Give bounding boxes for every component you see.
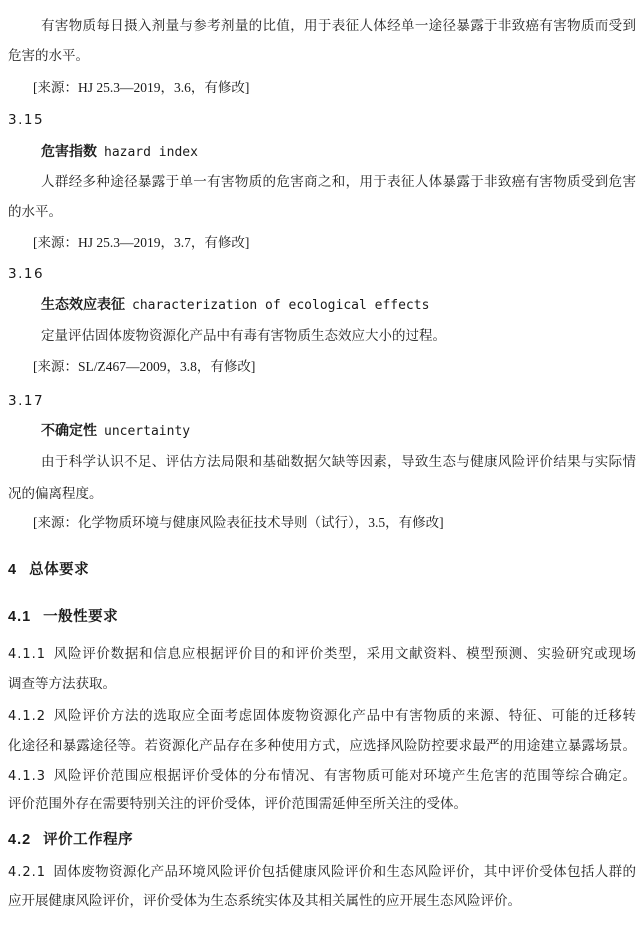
term-heading: 危害指数hazard index [8,141,636,161]
definition-body-line: 人群经多种途径暴露于单一有害物质的危害商之和，用于表征人体暴露于非致癌有害物质受… [8,172,636,192]
document-page: 有害物质每日摄入剂量与参考剂量的比值，用于表征人体经单一途径暴露于非致癌有害物质… [0,0,644,926]
clause-text: 风险评价数据和信息应根据评价目的和评价类型，采用文献资料、模型预测、实验研究或现… [53,646,636,661]
clause-number: 4.1.1 [8,647,46,662]
clause-line: 评价范围外存在需要特别关注的评价受体，评价范围需延伸至所关注的受体。 [8,794,636,814]
definition-body-line: 有害物质每日摄入剂量与参考剂量的比值，用于表征人体经单一途径暴露于非致癌有害物质… [8,16,636,36]
term-english: characterization of ecological effects [132,298,429,313]
definition-body-line: 危害的水平。 [8,46,636,66]
term-chinese: 不确定性 [41,422,97,438]
heading-title: 评价工作程序 [43,832,133,848]
term-english: hazard index [104,145,198,160]
heading-number: 4 [8,562,17,578]
section-heading: 4总体要求 [8,560,636,580]
section-heading: 4.1一般性要求 [8,607,636,627]
clause-line: 调查等方法获取。 [8,674,636,694]
source-reference: [来源：SL/Z467—2009，3.8，有修改] [8,357,636,377]
section-heading: 4.2评价工作程序 [8,830,636,850]
definition-body-line: 定量评估固体废物资源化产品中有毒有害物质生态效应大小的过程。 [8,326,636,346]
source-reference: [来源：HJ 25.3—2019，3.6，有修改] [8,78,636,98]
heading-title: 一般性要求 [43,609,118,625]
clause-number: 3.15 [8,110,636,130]
term-heading: 生态效应表征characterization of ecological eff… [8,294,636,314]
heading-number: 4.2 [8,832,31,848]
definition-body-line: 的水平。 [8,202,636,222]
clause-number: 3.17 [8,391,636,411]
clause-line: 4.1.3风险评价范围应根据评价受体的分布情况、有害物质可能对环境产生危害的范围… [8,766,636,786]
clause-line: 4.1.2风险评价方法的选取应全面考虑固体废物资源化产品中有害物质的来源、特征、… [8,706,636,726]
heading-number: 4.1 [8,609,31,625]
definition-body-line: 由于科学认识不足、评估方法局限和基础数据欠缺等因素，导致生态与健康风险评价结果与… [8,452,636,472]
clause-number: 4.2.1 [8,865,46,880]
clause-text: 风险评价方法的选取应全面考虑固体废物资源化产品中有害物质的来源、特征、可能的迁移… [53,708,636,723]
term-english: uncertainty [104,424,190,439]
heading-title: 总体要求 [29,562,89,578]
clause-number: 3.16 [8,264,636,284]
source-reference: [来源：HJ 25.3—2019，3.7，有修改] [8,233,636,253]
term-chinese: 危害指数 [41,143,97,159]
definition-body-line: 况的偏离程度。 [8,484,636,504]
clause-line: 4.1.1风险评价数据和信息应根据评价目的和评价类型，采用文献资料、模型预测、实… [8,644,636,664]
source-reference: [来源：化学物质环境与健康风险表征技术导则（试行），3.5，有修改] [8,513,636,533]
clause-line: 4.2.1固体废物资源化产品环境风险评价包括健康风险评价和生态风险评价，其中评价… [8,862,636,882]
clause-number: 4.1.3 [8,769,46,784]
clause-line: 应开展健康风险评价，评价受体为生态系统实体及其相关属性的应开展生态风险评价。 [8,891,636,911]
clause-text: 固体废物资源化产品环境风险评价包括健康风险评价和生态风险评价，其中评价受体包括人… [53,864,636,879]
clause-text: 风险评价范围应根据评价受体的分布情况、有害物质可能对环境产生危害的范围等综合确定… [53,768,636,783]
clause-line: 化途径和暴露途径等。若资源化产品存在多种使用方式，应选择风险防控要求最严的用途建… [8,736,636,756]
term-heading: 不确定性uncertainty [8,420,636,440]
term-chinese: 生态效应表征 [41,296,125,312]
clause-number: 4.1.2 [8,709,46,724]
